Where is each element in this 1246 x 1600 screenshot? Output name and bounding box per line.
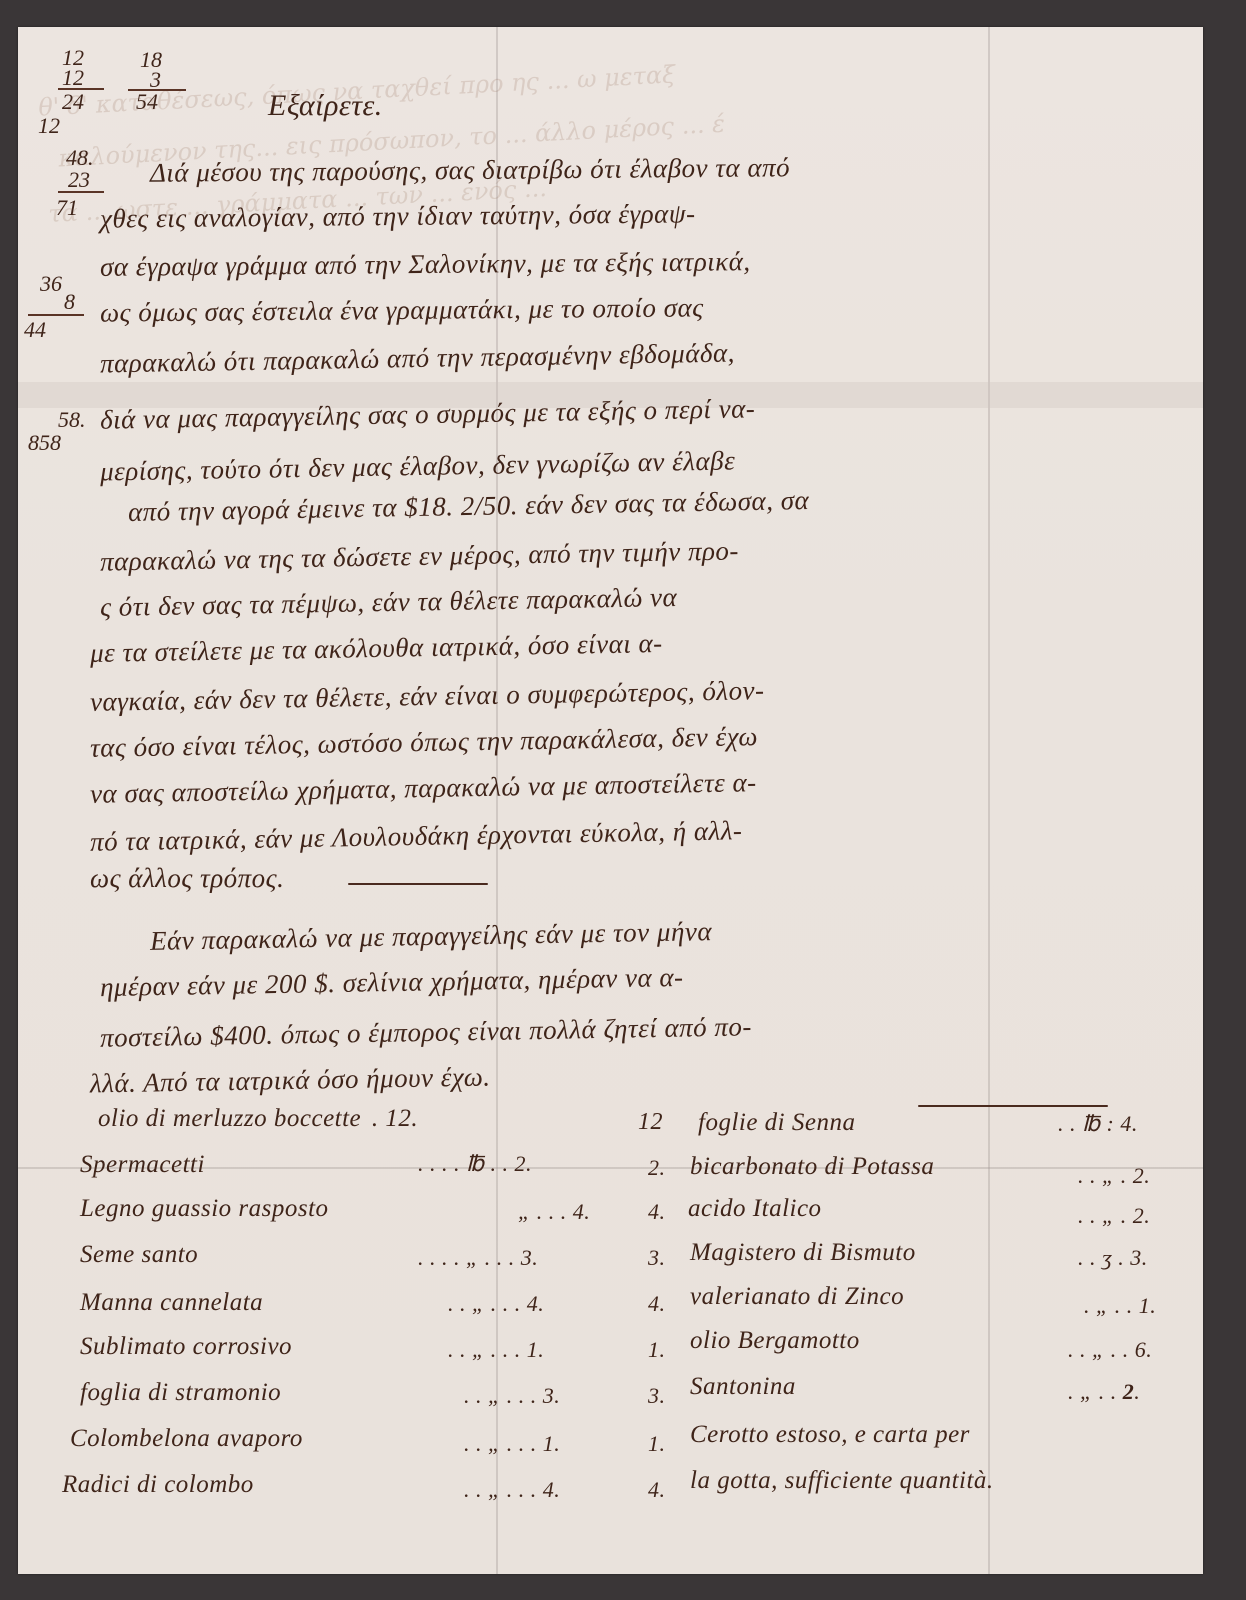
margin-calc-number: 24: [62, 89, 84, 115]
closing-flourish: [918, 1105, 1108, 1107]
body-line: ς ότι δεν σας τα πέμψω, εάν τα θέλετε πα…: [100, 582, 678, 623]
order-item-left-leader: . . . . ℔ . . 2.: [418, 1151, 532, 1177]
letter-sheet: θ' δ' καταθέσεως, όπως να ταχθεί προ ης …: [18, 27, 1203, 1574]
margin-calc-number: 858: [28, 430, 61, 456]
order-item-right-leader: . . „ . . 6.: [1068, 1337, 1152, 1363]
order-qty: 4.: [648, 1199, 666, 1225]
order-item-left-leader: . . „ . . . 1.: [448, 1337, 544, 1363]
body-line: σα έγραψα γράμμα από την Σαλονίκην, με τ…: [100, 246, 751, 283]
body-line: Εάν παρακαλώ να με παραγγείλης εάν με το…: [150, 916, 712, 957]
body-line: ημέραν εάν με 200 $. σελίνια χρήματα, ημ…: [100, 962, 684, 1003]
margin-calc-number: 44: [24, 317, 46, 343]
order-item-right: Santonina: [690, 1373, 796, 1401]
order-qty: 4.: [648, 1291, 666, 1317]
margin-calc-number: 36: [40, 271, 62, 297]
order-item-left: Radici di colombo: [62, 1471, 254, 1499]
order-item-left-leader: „ . . . 4.: [518, 1199, 590, 1225]
order-qty: 1.: [648, 1337, 666, 1363]
order-item-right: la gotta, sufficiente quantità.: [690, 1467, 994, 1495]
salutation: Εξαίρετε.: [268, 89, 383, 123]
order-item-right: valerianato di Zinco: [690, 1283, 904, 1311]
margin-calc-rule: [28, 314, 84, 316]
order-item-left: Manna cannelata: [80, 1289, 263, 1317]
order-item-left: Seme santo: [80, 1241, 198, 1269]
margin-calc-rule: [58, 191, 104, 193]
order-item-right-leader: . „ . . 2.: [1068, 1379, 1140, 1405]
order-qty: 3.: [648, 1383, 666, 1409]
order-item-right: Magistero di Bismuto: [690, 1239, 916, 1267]
order-item-left: Legno guassio rasposto: [80, 1195, 329, 1223]
order-item-left: foglia di stramonio: [80, 1379, 281, 1407]
body-line: από την αγορά έμεινε τα $18. 2/50. εάν δ…: [128, 485, 810, 528]
order-item-right: olio Bergamotto: [690, 1327, 860, 1355]
order-qty: 2.: [648, 1155, 666, 1181]
body-line: παρακαλώ ότι παρακαλώ από την περασμένην…: [100, 337, 735, 379]
margin-calc-number: 54: [136, 89, 158, 115]
order-item-left: Spermacetti: [80, 1151, 205, 1179]
body-line: με τα στείλετε με τα ακόλουθα ιατρικά, ό…: [90, 628, 663, 669]
body-line: λλά. Από τα ιατρικά όσο ήμουν έχω.: [90, 1062, 491, 1100]
order-item-right-leader: . . ʒ . 3.: [1078, 1245, 1148, 1271]
order-item-right: foglie di Senna: [698, 1109, 855, 1137]
order-item-left-leader: . . „ . . . 4.: [464, 1477, 560, 1503]
order-item-left: olio di merluzzo boccette . 12.: [98, 1105, 418, 1133]
margin-calc-number: 8: [64, 289, 75, 315]
order-item-right-leader: . . ℔ : 4.: [1058, 1111, 1138, 1137]
order-qty: 4.: [648, 1477, 666, 1503]
order-item-left-leader: . . „ . . . 3.: [464, 1383, 560, 1409]
order-qty: 3.: [648, 1245, 666, 1271]
body-line: ως άλλος τρόπος.: [90, 863, 284, 894]
order-item-right: bicarbonato di Potassa: [690, 1153, 934, 1181]
body-line: ναγκαία, εάν δεν τα θέλετε, εάν είναι ο …: [90, 675, 765, 718]
body-line: παρακαλώ να της τα δώσετε εν μέρος, από …: [100, 535, 739, 577]
order-item-right-leader: . . „ . 2.: [1078, 1203, 1150, 1229]
order-item-left: Sublimato corrosivo: [80, 1333, 292, 1361]
margin-calc-number: 71: [56, 195, 78, 221]
body-line: ποστείλω $400. όπως ο έμπορος είναι πολλ…: [100, 1011, 752, 1053]
body-line: να σας αποστείλω χρήματα, παρακαλώ να με…: [90, 767, 757, 810]
order-item-left-leader: . . „ . . . 4.: [448, 1291, 544, 1317]
order-qty: 1.: [648, 1431, 666, 1457]
body-line: χθες εις αναλογίαν, από την ίδιαν ταύτην…: [100, 198, 696, 234]
margin-calc-number: 58.: [58, 407, 86, 433]
order-item-left: Colombelona avaporo: [70, 1425, 303, 1453]
body-line: μερίσης, τούτο ότι δεν μας έλαβον, δεν γ…: [100, 445, 736, 487]
order-item-left-leader: . . „ . . . 1.: [464, 1431, 560, 1457]
order-item-right-leader: . . „ . 2.: [1078, 1163, 1150, 1189]
body-line: Διά μέσου της παρούσης, σας διατρίβω ότι…: [150, 152, 790, 189]
body-line: πό τα ιατρικά, εάν με Λουλουδάκη έρχοντα…: [90, 815, 743, 857]
body-line: τας όσο είναι τέλος, ωστόσο όπως την παρ…: [90, 721, 758, 764]
closing-flourish: [348, 883, 488, 885]
order-item-right-leader: . „ . . 1.: [1084, 1293, 1156, 1319]
order-qty: 12: [638, 1109, 663, 1136]
order-item-left-leader: . . . . „ . . . 3.: [418, 1245, 538, 1271]
body-line: ως όμως σας έστειλα ένα γραμματάκι, με τ…: [100, 292, 704, 328]
margin-calc-number: 23: [68, 167, 90, 193]
order-item-right: acido Italico: [688, 1195, 822, 1223]
margin-calc-number: 12: [38, 113, 60, 139]
vertical-fold-line: [988, 27, 990, 1574]
order-item-right: Cerotto estoso, e carta per: [690, 1421, 970, 1449]
